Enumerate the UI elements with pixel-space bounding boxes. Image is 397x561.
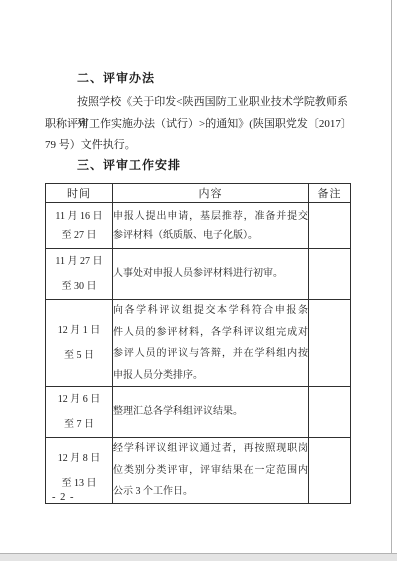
content-cell: 经学科评议组评议通过者，再按照现职岗 位类别分类评审，评审结果在一定范围内 公示… (113, 438, 309, 504)
content-line: 经学科评议组评议通过者，再按照现职岗 (113, 438, 308, 460)
note-cell (309, 300, 351, 387)
table-row: 11 月 27 日 至 30 日 人事处对申报人员参评材料进行初审。 (46, 249, 351, 300)
note-cell (309, 203, 351, 249)
content-line: 公示 3 个工作日。 (113, 481, 308, 503)
schedule-table: 时间 内容 备注 11 月 16 日 至 27 日 申报人提出申请，基层推荐，准… (45, 183, 351, 504)
content-cell: 向各学科评议组提交本学科符合申报条 件人员的参评材料，各学科评议组完成对 参评人… (113, 300, 309, 387)
time-line: 12 月 6 日 (46, 387, 112, 412)
page-number: - 2 - (52, 492, 75, 503)
note-cell (309, 249, 351, 300)
content-line: 位类别分类评审，评审结果在一定范围内 (113, 460, 308, 482)
table-row: 12 月 8 日 至 13 日 经学科评议组评议通过者，再按照现职岗 位类别分类… (46, 438, 351, 504)
content-line: 参评人员的评议与答辩，并在学科组内按 (113, 343, 308, 365)
content-cell: 申报人提出申请，基层推荐，准备并提交 参评材料（纸质版、电子化版）。 (113, 203, 309, 249)
table-row: 12 月 1 日 至 5 日 向各学科评议组提交本学科符合申报条 件人员的参评材… (46, 300, 351, 387)
table-header-row: 时间 内容 备注 (46, 184, 351, 203)
content-line: 申报人提出申请，基层推荐，准备并提交 (113, 207, 308, 226)
paragraph-line: 79 号）文件执行。 (45, 135, 348, 157)
content-line: 向各学科评议组提交本学科符合申报条 (113, 300, 308, 322)
time-line: 11 月 27 日 (46, 249, 112, 274)
column-header-note: 备注 (309, 184, 351, 203)
paragraph-line: 按照学校《关于印发<陕西国防工业职业技术学院教师系列 (45, 92, 348, 114)
content-line: 申报人员分类排序。 (113, 365, 308, 387)
content-line: 人事处对申报人员参评材料进行初审。 (113, 263, 308, 285)
table-row: 12 月 6 日 至 7 日 整理汇总各学科组评议结果。 (46, 387, 351, 438)
content-cell: 整理汇总各学科组评议结果。 (113, 387, 309, 438)
document-page: 二、评审办法 按照学校《关于印发<陕西国防工业职业技术学院教师系列 职称评审工作… (0, 0, 397, 561)
time-cell: 12 月 1 日 至 5 日 (46, 300, 113, 387)
time-line: 至 7 日 (46, 412, 112, 437)
time-cell: 11 月 16 日 至 27 日 (46, 203, 113, 249)
time-cell: 12 月 6 日 至 7 日 (46, 387, 113, 438)
column-header-content: 内容 (113, 184, 309, 203)
column-header-time: 时间 (46, 184, 113, 203)
time-line: 12 月 1 日 (46, 318, 112, 343)
time-line: 至 5 日 (46, 343, 112, 368)
paragraph-line: 职称评审工作实施办法（试行）>的通知》(陕国职党发〔2017〕 (45, 114, 348, 136)
note-cell (309, 387, 351, 438)
page-edge-right (391, 0, 392, 555)
review-methods-paragraph: 按照学校《关于印发<陕西国防工业职业技术学院教师系列 职称评审工作实施办法（试行… (45, 92, 348, 157)
section-heading-schedule: 三、评审工作安排 (77, 156, 181, 173)
table-row: 11 月 16 日 至 27 日 申报人提出申请，基层推荐，准备并提交 参评材料… (46, 203, 351, 249)
content-cell: 人事处对申报人员参评材料进行初审。 (113, 249, 309, 300)
time-line: 12 月 8 日 (46, 446, 112, 471)
time-line: 至 30 日 (46, 274, 112, 299)
time-cell: 11 月 27 日 至 30 日 (46, 249, 113, 300)
content-line: 参评材料（纸质版、电子化版）。 (113, 226, 308, 245)
page-edge-bottom (0, 553, 397, 561)
section-heading-review-methods: 二、评审办法 (77, 69, 155, 86)
note-cell (309, 438, 351, 504)
time-line: 11 月 16 日 (46, 207, 112, 226)
content-line: 整理汇总各学科组评议结果。 (113, 401, 308, 423)
content-line: 件人员的参评材料，各学科评议组完成对 (113, 322, 308, 344)
time-line: 至 27 日 (46, 226, 112, 245)
